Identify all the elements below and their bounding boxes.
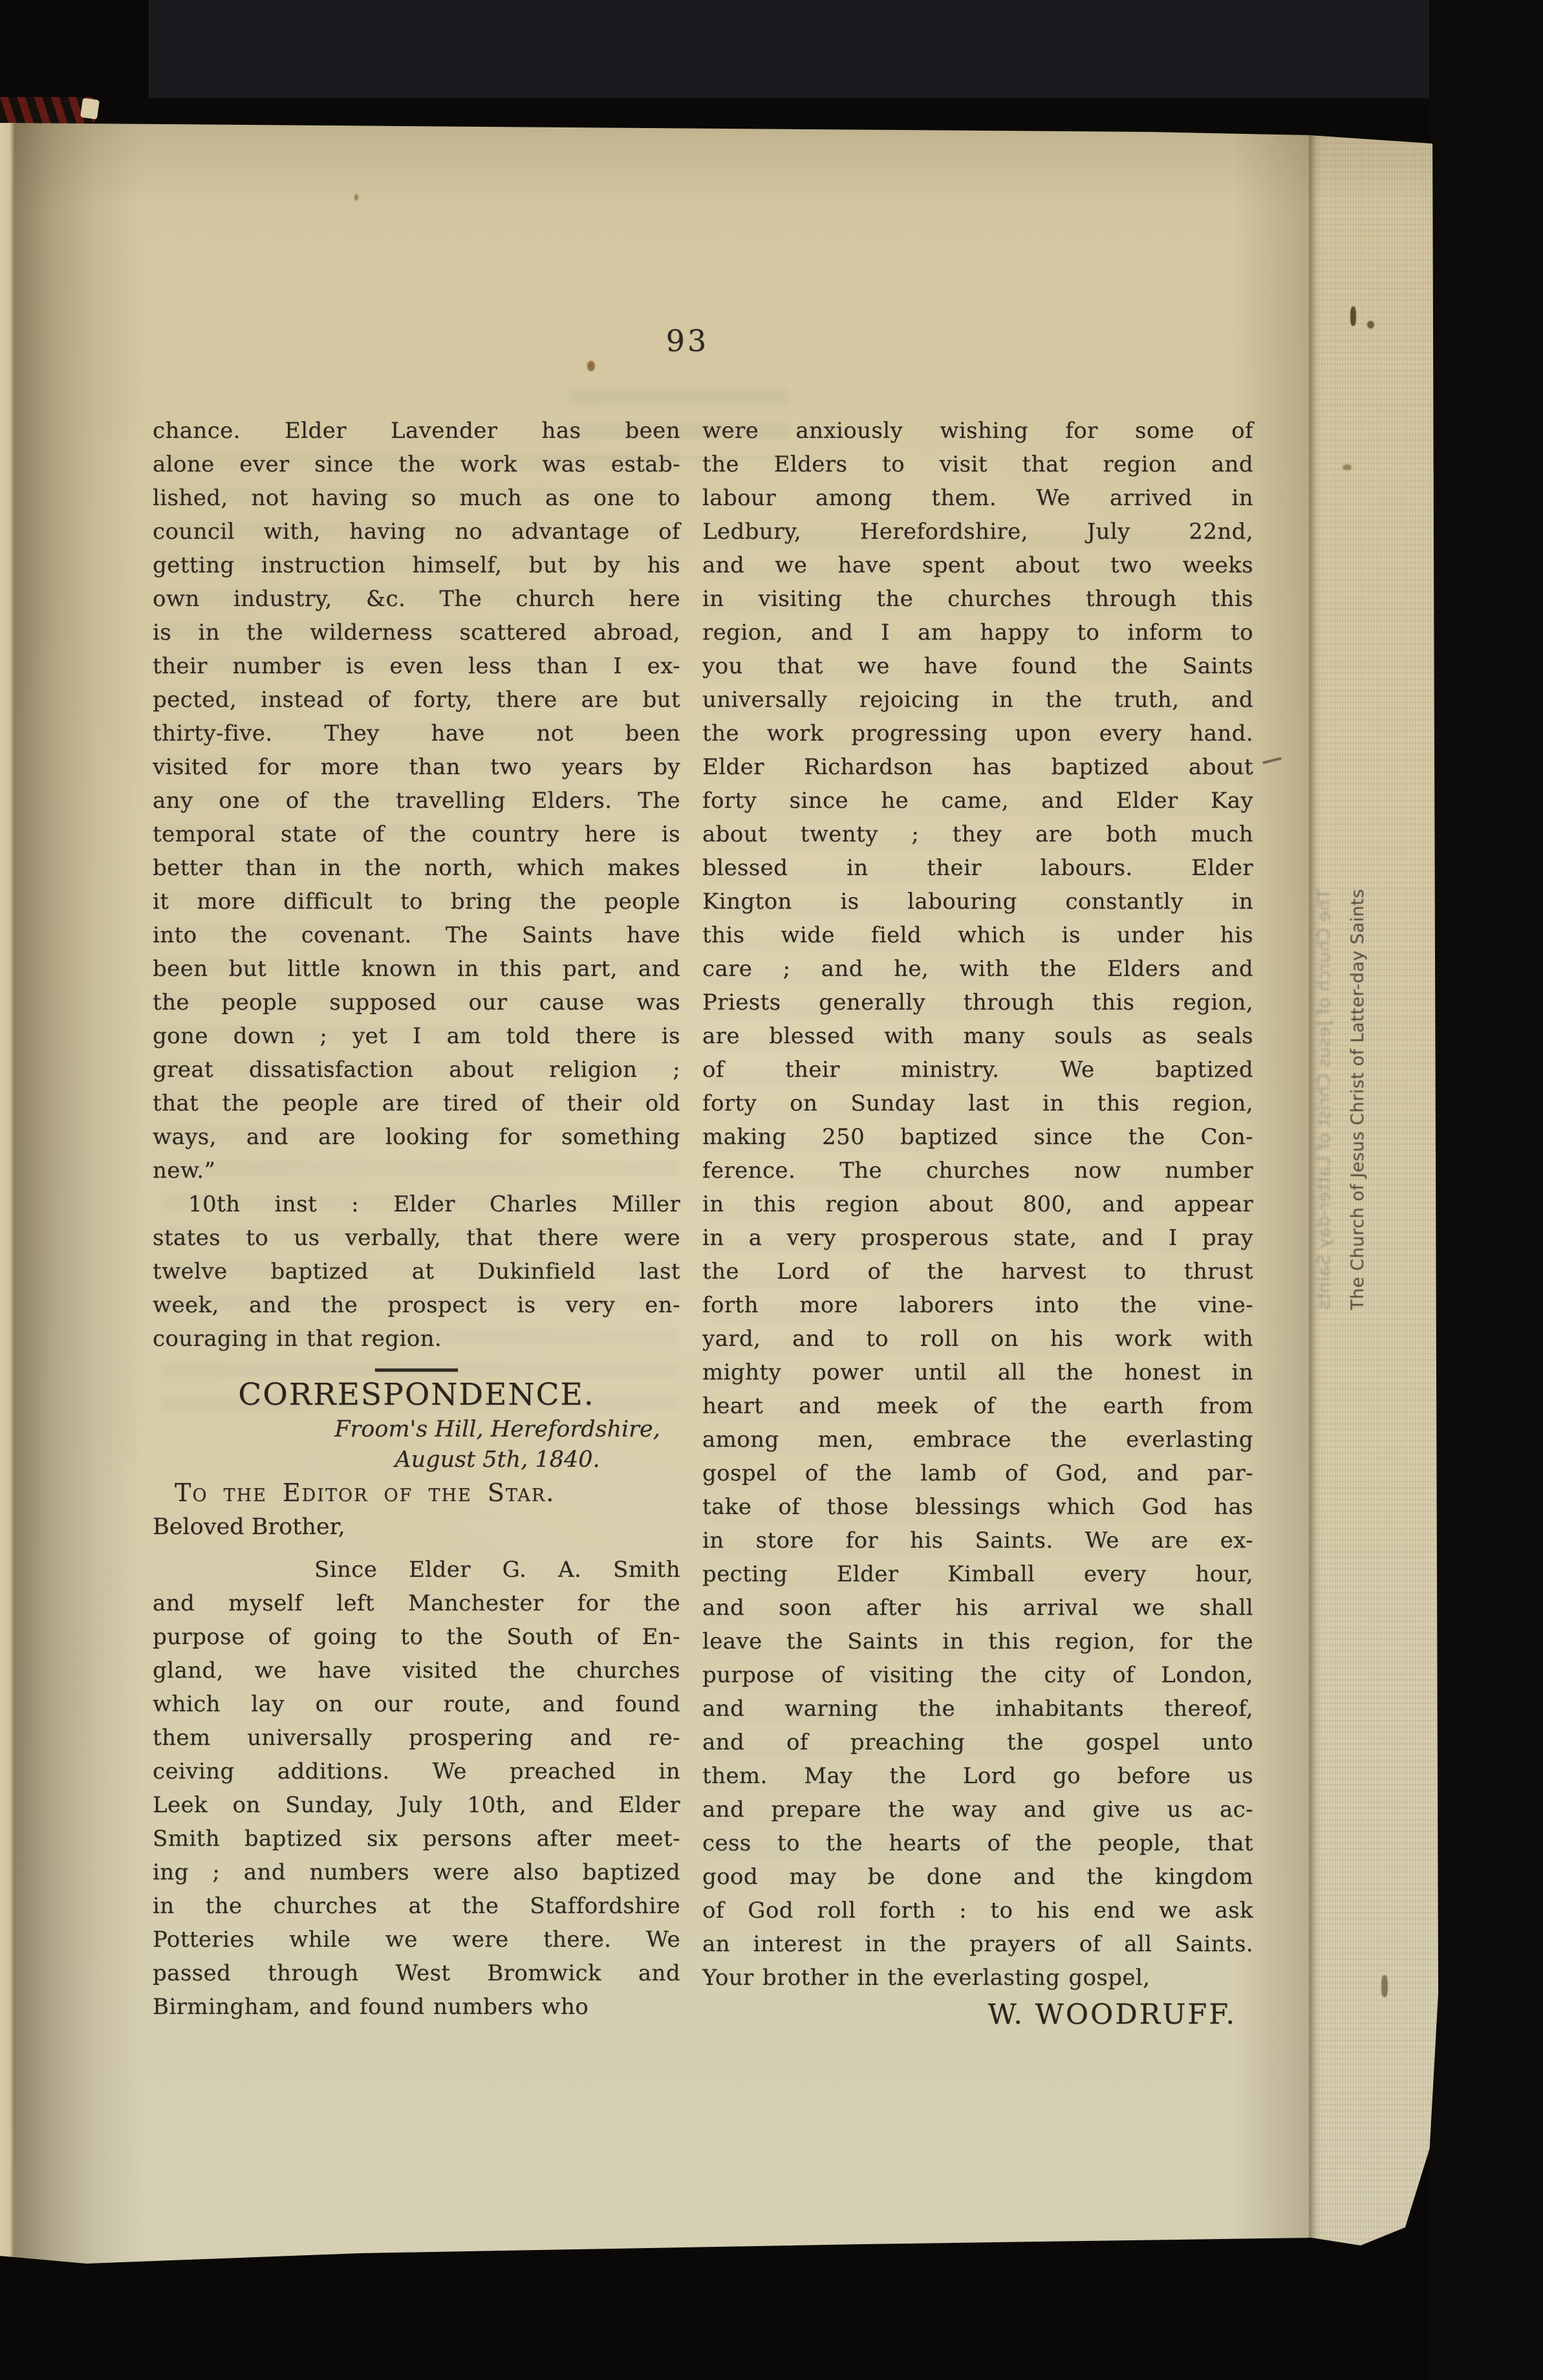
text-line: Smith baptized six persons after meet-: [153, 1822, 680, 1855]
text-line: leave the Saints in this region, for the: [702, 1625, 1253, 1658]
text-line: region, and I am happy to inform to: [702, 616, 1253, 649]
text-line: mighty power until all the honest in: [702, 1356, 1253, 1389]
text-line: into the covenant. The Saints have: [153, 918, 680, 952]
letter-signature: W. WOODRUFF.: [702, 1996, 1253, 2033]
text-line: gospel of the lamb of God, and par-: [702, 1456, 1253, 1490]
text-line: are blessed with many souls as seals: [702, 1019, 1253, 1053]
text-line: making 250 baptized since the Con-: [702, 1120, 1253, 1154]
text-line: the people supposed our cause was: [153, 986, 680, 1019]
text-line: them. May the Lord go before us: [702, 1759, 1253, 1793]
text-line: cess to the hearts of the people, that: [702, 1826, 1253, 1860]
gutter-shadow: [14, 118, 144, 2269]
text-line: and warning the inhabitants thereof,: [702, 1692, 1253, 1725]
fore-edge-stain: [1381, 1975, 1388, 1997]
text-line: forty on Sunday last in this region,: [702, 1087, 1253, 1120]
text-line: this wide field which is under his: [702, 918, 1253, 952]
text-line: any one of the travelling Elders. The: [153, 784, 680, 817]
text-line: temporal state of the country here is: [153, 817, 680, 851]
foxing-speck: [354, 194, 358, 200]
text-line: you that we have found the Saints: [702, 649, 1253, 683]
text-line: pected, instead of forty, there are but: [153, 683, 680, 717]
text-line: among men, embrace the everlasting: [702, 1423, 1253, 1456]
section-heading: CORRESPONDENCE.: [153, 1376, 680, 1414]
text-line: ference. The churches now number: [702, 1154, 1253, 1187]
text-line: great dissatisfaction about religion ;: [153, 1053, 680, 1087]
text-line: passed through West Bromwick and: [153, 1956, 680, 1990]
text-line: gland, we have visited the churches: [153, 1654, 680, 1687]
text-line: and soon after his arrival we shall: [702, 1591, 1253, 1625]
text-line: which lay on our route, and found: [153, 1687, 680, 1721]
text-line: pecting Elder Kimball every hour,: [702, 1557, 1253, 1591]
text-line: is in the wilderness scattered abroad,: [153, 616, 680, 649]
backdrop-right: [1429, 0, 1543, 2380]
text-line: own industry, &c. The church here: [153, 582, 680, 616]
text-line: forty since he came, and Elder Kay: [702, 784, 1253, 817]
dateline-date: August 5th, 1840.: [314, 1445, 680, 1475]
dateline-place: Froom's Hill, Herefordshire,: [314, 1414, 680, 1445]
text-line: that the people are tired of their old: [153, 1087, 680, 1120]
facing-page-sliver: [0, 118, 14, 2269]
text-line: universally rejoicing in the truth, and: [702, 683, 1253, 717]
text-line: new.”: [153, 1154, 680, 1187]
text-line: purpose of visiting the city of London,: [702, 1658, 1253, 1692]
text-line: in the churches at the Staffordshire: [153, 1889, 680, 1923]
text-line: states to us verbally, that there were: [153, 1221, 680, 1255]
text-line: Potteries while we were there. We: [153, 1923, 680, 1956]
text-line: their number is even less than I ex-: [153, 649, 680, 683]
text-line: week, and the prospect is very en-: [153, 1288, 680, 1322]
text-line: visited for more than two years by: [153, 750, 680, 784]
text-line: forth more laborers into the vine-: [702, 1288, 1253, 1322]
text-line: in this region about 800, and appear: [702, 1187, 1253, 1221]
text-line: yard, and to roll on his work with: [702, 1322, 1253, 1356]
text-line: the Lord of the harvest to thrust: [702, 1255, 1253, 1288]
text-line: and we have spent about two weeks: [702, 548, 1253, 582]
edge-stamp-ghost: The Church of Jesus Christ of Latter-day…: [1311, 821, 1337, 1378]
text-line: and of preaching the gospel unto: [702, 1725, 1253, 1759]
text-line: about twenty ; they are both much: [702, 817, 1253, 851]
text-line: better than in the north, which makes: [153, 851, 680, 885]
text-line: heart and meek of the earth from: [702, 1389, 1253, 1423]
text-line: twelve baptized at Dukinfield last: [153, 1255, 680, 1288]
text-line: the work progressing upon every hand.: [702, 717, 1253, 750]
text-line: ways, and are looking for something: [153, 1120, 680, 1154]
text-line: were anxiously wishing for some of: [702, 414, 1253, 448]
text-line: Birmingham, and found numbers who: [153, 1990, 680, 2024]
text-line: in store for his Saints. We are ex-: [702, 1524, 1253, 1557]
text-line: Priests generally through this region,: [702, 986, 1253, 1019]
text-line: council with, having no advantage of: [153, 515, 680, 548]
text-line: in a very prosperous state, and I pray: [702, 1221, 1253, 1255]
binding-headband-tip: [80, 98, 100, 119]
text-line: of their ministry. We baptized: [702, 1053, 1253, 1087]
text-line: ing ; and numbers were also baptized: [153, 1855, 680, 1889]
letter-salutation: To the Editor of the Star.: [153, 1475, 680, 1510]
text-line: Elder Richardson has baptized about: [702, 750, 1253, 784]
text-line: take of those blessings which God has: [702, 1490, 1253, 1524]
text-line: and prepare the way and give us ac-: [702, 1793, 1253, 1826]
paragraph: were anxiously wishing for some ofthe El…: [702, 414, 1253, 1995]
text-line: of God roll forth : to his end we ask: [702, 1894, 1253, 1927]
text-line: and myself left Manchester for the: [153, 1586, 680, 1620]
fore-edge-stain: [1343, 464, 1352, 470]
text-line: care ; and he, with the Elders and: [702, 952, 1253, 986]
text-line: gone down ; yet I am told there is: [153, 1019, 680, 1053]
text-line: blessed in their labours. Elder: [702, 851, 1253, 885]
text-line: good may be done and the kingdom: [702, 1860, 1253, 1894]
scanned-book-photo: 93 chance. Elder Lavender has beenalone …: [0, 0, 1543, 2380]
backdrop-cloth: [149, 0, 1543, 98]
page-number: 93: [636, 323, 739, 358]
letter-greeting: Beloved Brother,: [153, 1510, 680, 1544]
text-line: thirty-five. They have not been: [153, 717, 680, 750]
text-line: couraging in that region.: [153, 1322, 680, 1356]
paragraph: 10th inst : Elder Charles Millerstates t…: [153, 1187, 680, 1356]
text-line: labour among them. We arrived in: [702, 481, 1253, 515]
text-line: alone ever since the work was estab-: [153, 448, 680, 481]
text-line: in visiting the churches through this: [702, 582, 1253, 616]
edge-stamp: The Church of Jesus Christ of Latter-day…: [1345, 821, 1371, 1378]
fore-edge-stain: [1350, 307, 1356, 326]
foxing-speck: [587, 361, 595, 371]
text-line: the Elders to visit that region and: [702, 448, 1253, 481]
text-line: an interest in the prayers of all Saints…: [702, 1927, 1253, 1961]
text-line: Your brother in the everlasting gospel,: [702, 1961, 1253, 1995]
text-line: chance. Elder Lavender has been: [153, 414, 680, 448]
left-column: chance. Elder Lavender has beenalone eve…: [153, 414, 680, 2024]
text-line: it more difficult to bring the people: [153, 885, 680, 918]
text-line: Leek on Sunday, July 10th, and Elder: [153, 1788, 680, 1822]
text-line: Since Elder G. A. Smith: [153, 1553, 680, 1586]
text-line: purpose of going to the South of En-: [153, 1620, 680, 1654]
text-line: been but little known in this part, and: [153, 952, 680, 986]
text-line: Ledbury, Herefordshire, July 22nd,: [702, 515, 1253, 548]
book-page: 93 chance. Elder Lavender has beenalone …: [0, 118, 1438, 2269]
section-divider: [375, 1368, 458, 1372]
paragraph: chance. Elder Lavender has beenalone eve…: [153, 414, 680, 1187]
text-line: ceiving additions. We preached in: [153, 1755, 680, 1788]
text-line: lished, not having so much as one to: [153, 481, 680, 515]
text-line: 10th inst : Elder Charles Miller: [153, 1187, 680, 1221]
fore-edge-stain: [1367, 321, 1374, 329]
right-column: were anxiously wishing for some ofthe El…: [702, 414, 1253, 2033]
text-line: them universally prospering and re-: [153, 1721, 680, 1755]
paragraph: Since Elder G. A. Smithand myself left M…: [153, 1553, 680, 2024]
text-line: Kington is labouring constantly in: [702, 885, 1253, 918]
text-line: getting instruction himself, but by his: [153, 548, 680, 582]
